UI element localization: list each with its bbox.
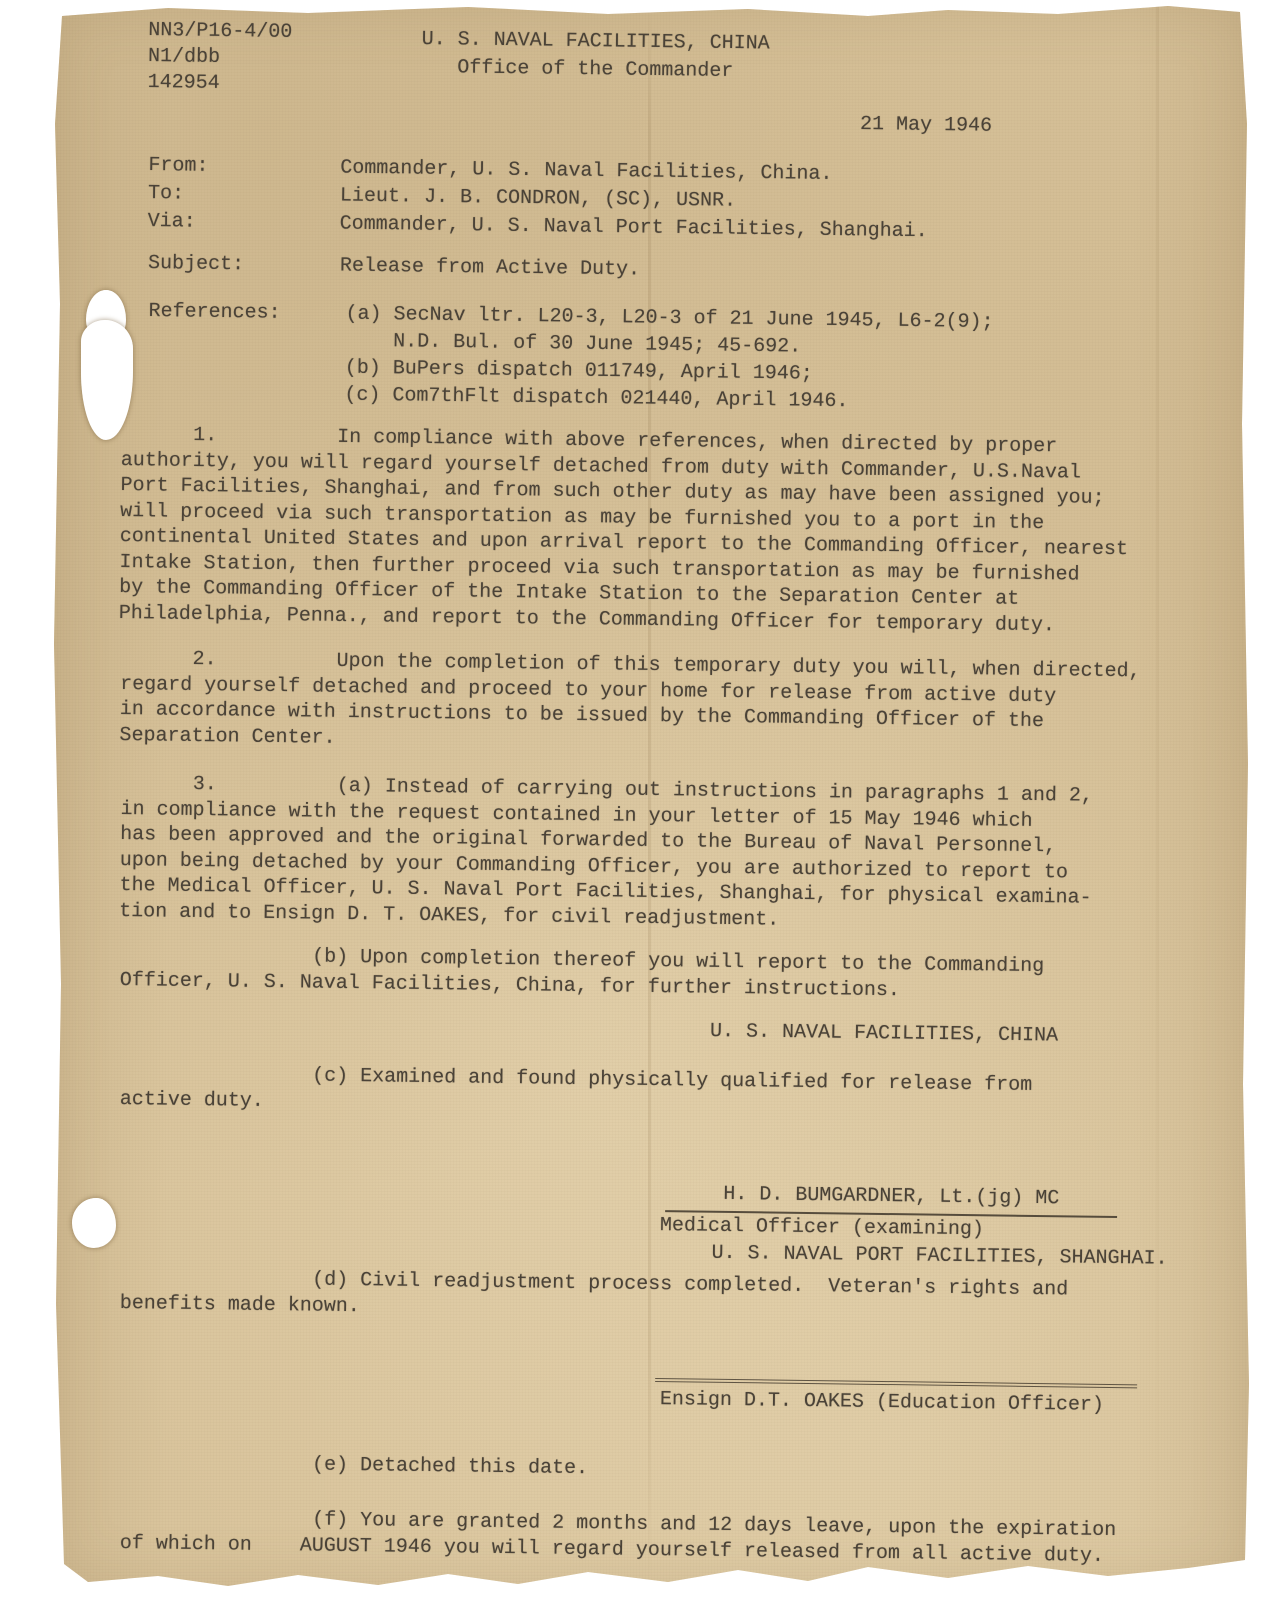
routing-table: From: Commander, U. S. Naval Facilities,… [147, 152, 1253, 250]
paragraph-3c: (c) Examined and found physically qualif… [120, 1061, 1254, 1127]
signature-name: Ensign D.T. OAKES (Education Officer) [660, 1387, 1253, 1421]
paragraph-3f: (f) You are granted 2 months and 12 days… [120, 1505, 1254, 1571]
letter-date: 21 May 1946 [860, 112, 1253, 143]
subject-row: Subject: Release from Active Duty. [148, 250, 1253, 292]
education-signature-block: Ensign D.T. OAKES (Education Officer) [120, 1371, 1253, 1421]
references-block: References: (a) SecNav ltr. L20-3, L20-3… [147, 298, 1253, 420]
letter-header: NN3/P16-4/00N1/dbb142954 U. S. NAVAL FAC… [120, 18, 1181, 96]
subject-value: Release from Active Duty. [340, 253, 1253, 293]
paragraph-3e: (e) Detached this date. [120, 1450, 1253, 1490]
routing-label: To: [148, 180, 340, 211]
subject-label: Subject: [148, 250, 340, 281]
medical-signature-block: H. D. BUMGARDNER, Lt.(jg) MC Medical Off… [119, 1174, 1253, 1274]
routing-label: From: [148, 152, 340, 183]
signature-org: U. S. NAVAL PORT FACILITIES, SHANGHAI. [711, 1240, 1252, 1274]
document-page: NN3/P16-4/00N1/dbb142954 U. S. NAVAL FAC… [48, 4, 1253, 1588]
paragraph-3d: (d) Civil readjustment process completed… [120, 1265, 1254, 1331]
paper-hole-bottom [72, 1198, 116, 1248]
references-label: References: [147, 298, 345, 409]
org-name-line: U. S. NAVAL FACILITIES, CHINA [710, 1019, 1253, 1052]
paragraph-1: 1. In compliance with above references, … [119, 422, 1255, 641]
paragraph-3a: 3. (a) Instead of carrying out instructi… [119, 771, 1254, 939]
routing-label: Via: [147, 208, 339, 239]
signature-rule [655, 1378, 1137, 1388]
references-lines: (a) SecNav ltr. L20-3, L20-3 of 21 June … [344, 301, 1253, 421]
body-line: (e) Detached this date. [120, 1450, 1253, 1490]
letter-content: NN3/P16-4/00N1/dbb142954 U. S. NAVAL FAC… [48, 4, 1253, 1588]
paragraph-3b: (b) Upon completion thereof you will rep… [120, 942, 1254, 1008]
paragraph-2: 2. Upon the completion of this temporary… [119, 646, 1253, 763]
